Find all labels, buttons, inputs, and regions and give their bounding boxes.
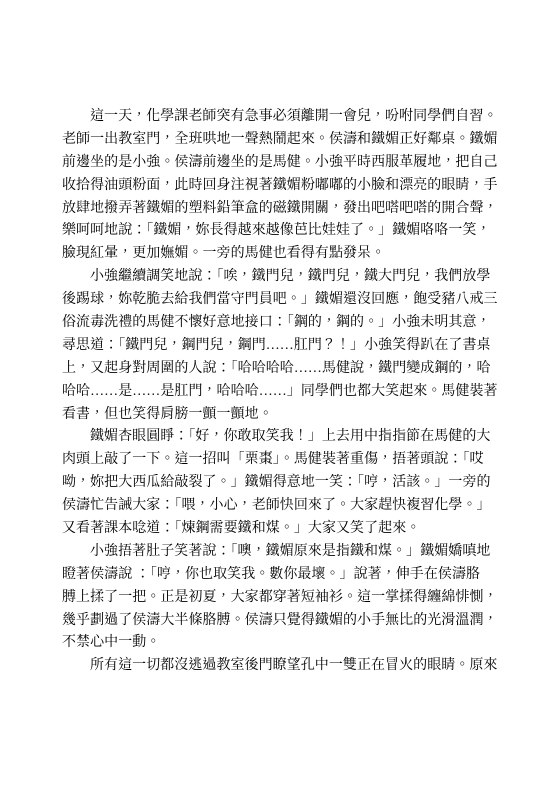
text-line: 肉頭上敲了一下。這一招叫「栗棗」。馬健裝著重傷，捂著頭說：「哎 (62, 449, 499, 472)
text-line: 放肆地撥弄著鐵媚的塑料鉛筆盒的磁鐵開關，發出吧嗒吧嗒的開合聲， (62, 198, 499, 221)
text-line: 看書，但也笑得肩膀一顫一顫地。 (62, 404, 499, 427)
document-page: 這一天，化學課老師突有急事必須離開一會兒，吩咐同學們自習。 老師一出教室門，全班… (0, 0, 560, 794)
text-line: 所有這一切都沒逃過教室後門瞭望孔中一雙正在冒火的眼睛。原來 (62, 655, 499, 678)
text-line: 瞪著侯濤說 ：「哼，你也取笑我。數你最壞。」說著，伸手在侯濤胳 (62, 564, 499, 587)
text-line: 俗流毒洗禮的馬健不懷好意地接口：「鋼的，鋼的。」小強未明其意， (62, 312, 499, 335)
text-line: 這一天，化學課老師突有急事必須離開一會兒，吩咐同學們自習。 (62, 106, 499, 129)
text-line: 小強繼續調笑地說：「唉，鐵門兒，鐵門兒，鐵大門兒，我們放學 (62, 266, 499, 289)
text-line: 小強捂著肚子笑著說：「噢，鐵媚原來是指鐵和煤。」鐵媚嬌嗔地 (62, 541, 499, 564)
text-line: 哈哈……是……是肛門，哈哈哈……」同學們也都大笑起來。馬健裝著 (62, 381, 499, 404)
text-line: 老師一出教室門，全班哄地一聲熱鬧起來。侯濤和鐵媚正好鄰桌。鐵媚 (62, 129, 499, 152)
paragraph-4: 小強捂著肚子笑著說：「噢，鐵媚原來是指鐵和煤。」鐵媚嬌嗔地 瞪著侯濤說 ：「哼，… (62, 541, 499, 655)
paragraph-1: 這一天，化學課老師突有急事必須離開一會兒，吩咐同學們自習。 老師一出教室門，全班… (62, 106, 499, 266)
text-line: 上，又起身對周圍的人說：「哈哈哈哈……馬健說，鐵門變成鋼的，哈 (62, 358, 499, 381)
text-line: 又看著課本唸道：「煉鋼需要鐵和煤。」大家又笑了起來。 (62, 518, 499, 541)
text-block: 這一天，化學課老師突有急事必須離開一會兒，吩咐同學們自習。 老師一出教室門，全班… (62, 106, 499, 678)
text-line: 膊上揉了一把。正是初夏，大家都穿著短袖衫。這一掌揉得纏綿悱惻， (62, 587, 499, 610)
text-line: 呦，妳把大西瓜給敲裂了。」鐵媚得意地一笑：「哼，活該。」一旁的 (62, 472, 499, 495)
text-line: 後踢球，妳乾脆去給我們當守門員吧。」鐵媚還沒回應，飽受豬八戒三 (62, 289, 499, 312)
text-line: 臉現紅暈，更加嫵媚。一旁的馬健也看得有點發呆。 (62, 243, 499, 266)
text-line: 侯濤忙告誡大家：「喂，小心，老師快回來了。大家趕快複習化學。」 (62, 495, 499, 518)
text-line: 幾乎劃過了侯濤大半條胳膊。侯濤只覺得鐵媚的小手無比的光滑溫潤， (62, 610, 499, 633)
text-line: 樂呵呵地說：「鐵媚，妳長得越來越像芭比娃娃了。」鐵媚咯咯一笑， (62, 220, 499, 243)
text-line: 尋思道：「鐵門兒，鋼門兒，鋼門……肛門？！」小強笑得趴在了書桌 (62, 335, 499, 358)
paragraph-3: 鐵媚杏眼圓睜：「好，你敢取笑我！」上去用中指指節在馬健的大 肉頭上敲了一下。這一… (62, 426, 499, 540)
paragraph-2: 小強繼續調笑地說：「唉，鐵門兒，鐵門兒，鐵大門兒，我們放學 後踢球，妳乾脆去給我… (62, 266, 499, 426)
text-line: 前邊坐的是小強。侯濤前邊坐的是馬健。小強平時西服革履地，把自己 (62, 152, 499, 175)
paragraph-5: 所有這一切都沒逃過教室後門瞭望孔中一雙正在冒火的眼睛。原來 (62, 655, 499, 678)
text-line: 收拾得油頭粉面，此時回身注視著鐵媚粉嘟嘟的小臉和漂亮的眼睛，手 (62, 175, 499, 198)
text-line: 鐵媚杏眼圓睜：「好，你敢取笑我！」上去用中指指節在馬健的大 (62, 426, 499, 449)
text-line: 不禁心中一動。 (62, 632, 499, 655)
